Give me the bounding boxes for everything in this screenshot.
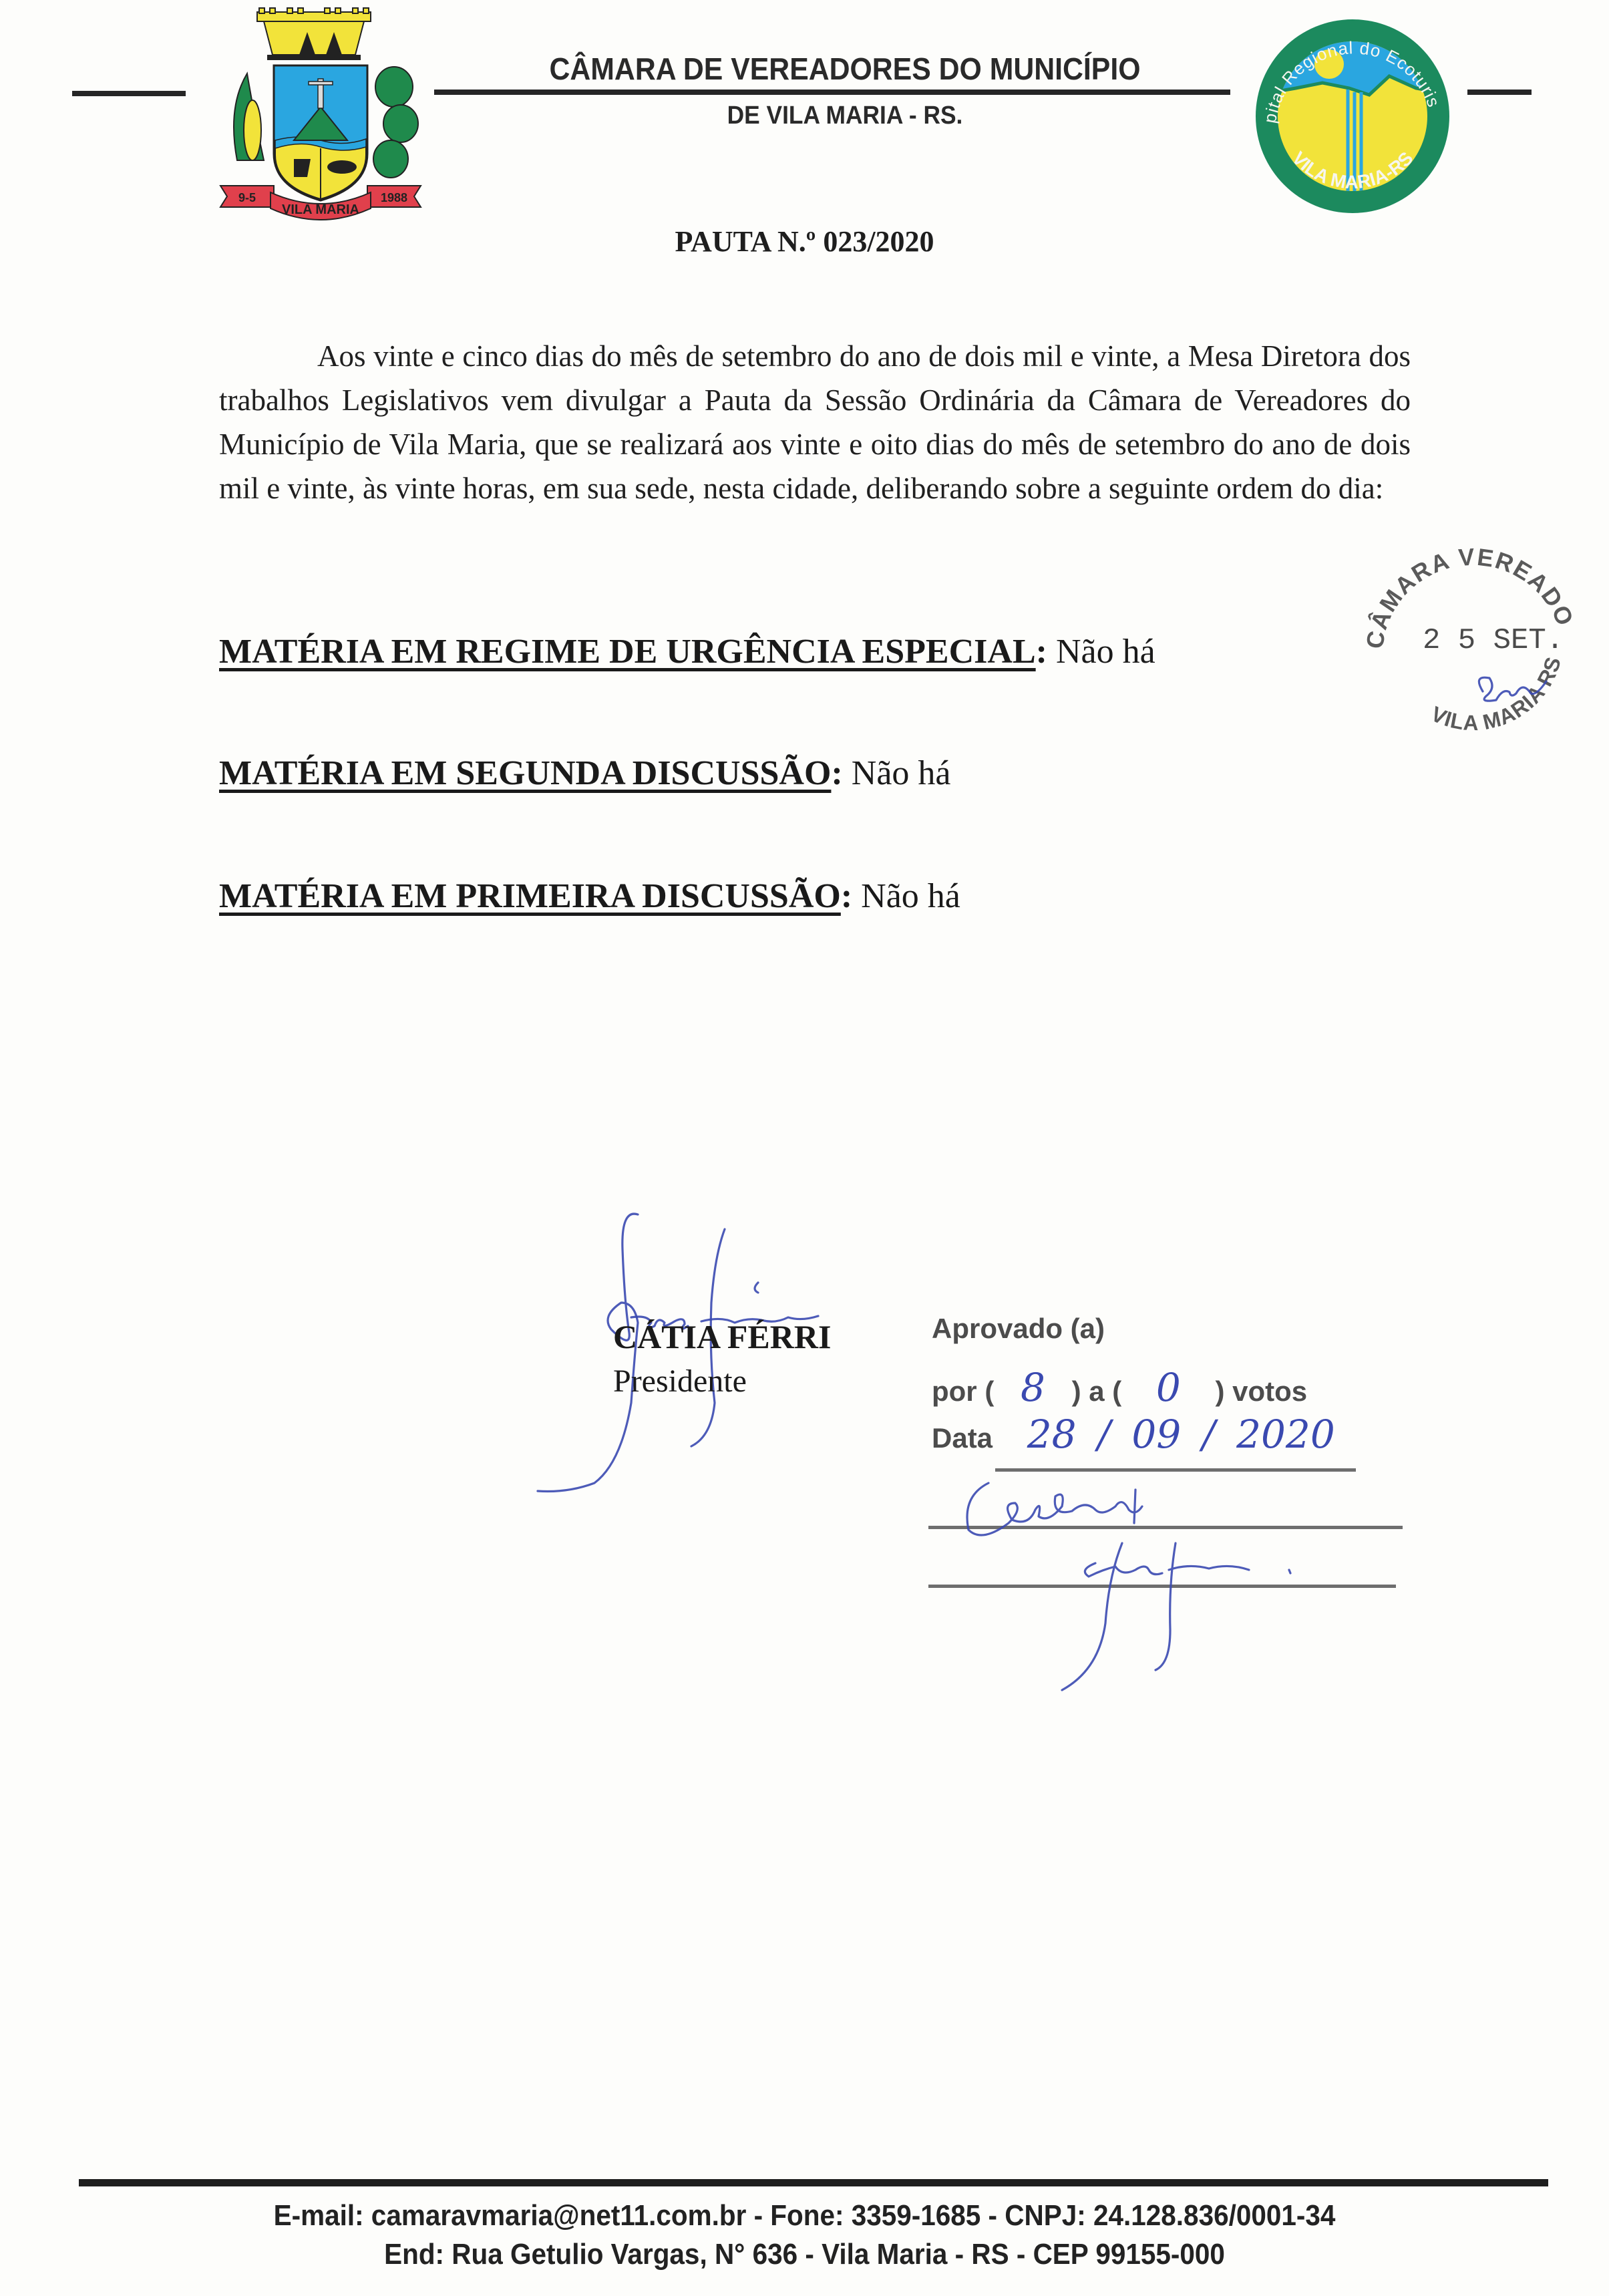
agenda-value: Não há (852, 754, 951, 792)
votes-mid: ) a ( (1072, 1375, 1122, 1407)
footer-rule (79, 2179, 1548, 2186)
stamp-date: 2 5 SET. 2020 (1423, 624, 1583, 657)
footer-address: End: Rua Getulio Vargas, N° 636 - Vila M… (64, 2238, 1544, 2271)
date-year: 2020 (1236, 1412, 1335, 1457)
votes-suffix: ) votos (1215, 1375, 1307, 1407)
ecotourism-seal-logo: Capital Regional do Ecoturismo VILA MARI… (1249, 9, 1456, 216)
date-sep: / (1202, 1412, 1216, 1457)
agenda-colon: : (1036, 633, 1047, 671)
date-month: 09 (1131, 1412, 1181, 1457)
municipal-crest-logo: 9-5 VILA MARIA 1988 (200, 7, 427, 220)
agenda-colon: : (831, 754, 842, 792)
header-rule-center (434, 90, 1230, 95)
approval-status: Aprovado (a) (932, 1313, 1105, 1345)
president-initials (1062, 1543, 1290, 1690)
approval-votes: por ( 8 ) a ( 0 ) votos (932, 1365, 1307, 1410)
agenda-value: Não há (1056, 633, 1155, 671)
header-rule-right (1467, 90, 1532, 95)
crest-ribbon-center: VILA MARIA (282, 202, 359, 217)
document-title: PAUTA N.º 023/2020 (0, 224, 1609, 259)
header-rule-left (72, 91, 186, 96)
agenda-item-first-discussion: MATÉRIA EM PRIMEIRA DISCUSSÃO: Não há (219, 876, 960, 916)
agenda-label: MATÉRIA EM PRIMEIRA DISCUSSÃO (219, 877, 841, 915)
agenda-colon: : (841, 877, 852, 915)
agenda-label: MATÉRIA EM REGIME DE URGÊNCIA ESPECIAL (219, 633, 1036, 671)
president-signature (521, 1202, 922, 1510)
agenda-value: Não há (861, 877, 960, 915)
body-paragraph: Aos vinte e cinco dias do mês de setembr… (219, 334, 1411, 510)
signer-role: Presidente (613, 1363, 747, 1400)
footer-contact: E-mail: camaravmaria@net11.com.br - Fone… (64, 2199, 1544, 2233)
crest-ribbon-right: 1988 (381, 191, 407, 204)
institution-location: DE VILA MARIA - RS. (463, 102, 1227, 130)
date-day: 28 (1027, 1412, 1077, 1457)
crown-icon (257, 8, 371, 60)
crest-ribbon-left: 9-5 (238, 191, 256, 204)
votes-against: 0 (1156, 1365, 1181, 1410)
receipt-stamp: CÂMARA VEREADORES 2 5 SET. 2020 VILA MAR… (1356, 521, 1583, 742)
signer-name: CÁTIA FÉRRI (613, 1317, 831, 1356)
agenda-item-urgency: MATÉRIA EM REGIME DE URGÊNCIA ESPECIAL: … (219, 632, 1155, 671)
secretary-signature (967, 1483, 1142, 1535)
approval-signatures (922, 1470, 1416, 1710)
agenda-label: MATÉRIA EM SEGUNDA DISCUSSÃO (219, 754, 831, 792)
agenda-item-second-discussion: MATÉRIA EM SEGUNDA DISCUSSÃO: Não há (219, 754, 950, 793)
svg-text:VILA MARIA RS: VILA MARIA RS (1427, 653, 1566, 735)
institution-name: CÂMARA DE VEREADORES DO MUNICÍPIO (463, 51, 1227, 87)
stamp-arc-bottom: VILA MARIA RS (1427, 653, 1566, 735)
date-label: Data (932, 1422, 993, 1454)
votes-prefix: por ( (932, 1375, 994, 1407)
votes-for: 8 (1021, 1365, 1045, 1410)
approval-date: Data 28 / 09 / 2020 (932, 1412, 1335, 1457)
date-sep: / (1097, 1412, 1111, 1457)
